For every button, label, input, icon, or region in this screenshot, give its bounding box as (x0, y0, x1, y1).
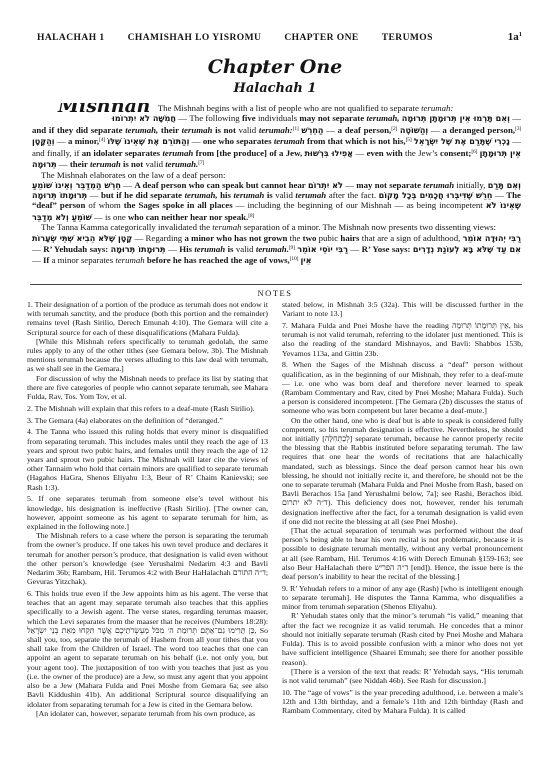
translation-text: A deaf person who can speak but cannot h… (134, 180, 305, 190)
translation-text: — (121, 180, 134, 190)
translation-text: after the fact. (326, 190, 378, 200)
translation-text: terumah (194, 244, 225, 254)
chapter-title: Chapter One (0, 56, 550, 78)
note-paragraph: [While this Mishnah refers specifically … (27, 337, 268, 374)
translation-text: their (70, 159, 90, 169)
note-number: 3. (27, 416, 35, 425)
translation-text: initially, (454, 180, 488, 190)
translation-text: is (264, 190, 275, 200)
translation-text: terumah. (165, 159, 198, 169)
translation-text: — (510, 113, 521, 123)
note-number: 2. (27, 404, 35, 413)
translation-text: is not (212, 125, 238, 135)
note-paragraph: R’ Yehudah states only that the minor’s … (282, 611, 523, 666)
translation-text: the Sages spoke in all places (124, 200, 233, 210)
translation-text: a deaf person, (338, 125, 392, 135)
translation-text: a minor separates (52, 255, 116, 265)
translation-text: terumah (274, 136, 305, 146)
translation-text: — (428, 125, 442, 135)
notes-column-left: 1. Their designation of a portion of the… (27, 300, 268, 740)
note-paragraph: 5. If one separates terumah from someone… (27, 494, 268, 531)
hebrew-phrase: וְהַקָּטָן (32, 136, 55, 146)
mishnah-section: MishnahThe Mishnah begins with a list of… (32, 103, 521, 283)
header-chapter: CHAPTER ONE (284, 33, 358, 43)
footnote-ref: [8] (248, 213, 254, 219)
header-chapter-name: CHAMISHAH LO YISROMU (128, 33, 262, 43)
note-paragraph: [An idolater can, however, separate teru… (27, 709, 268, 718)
translation-text: before he has reached the age of vows, (147, 255, 290, 265)
translation-text: R’ Yehudah says: (43, 244, 108, 254)
translation-text: their (158, 125, 181, 135)
translation-text: terumah (182, 125, 213, 135)
translation-text: The Tanna Kamma categorically invalidate… (41, 222, 212, 232)
footnote-ref: [9] (289, 245, 295, 251)
hebrew-phrase: לֹא יִתְרוֹם (308, 180, 343, 190)
mishnah-label: Mishnah (58, 103, 151, 117)
note-number: 9. (282, 584, 290, 593)
translation-text: valid (145, 159, 165, 169)
translation-text: If (43, 255, 52, 265)
translation-text: — (323, 125, 337, 135)
translation-text: of whom (85, 200, 123, 210)
hebrew-phrase: רַבִּי יְהוּדָה אוֹמֵר (463, 233, 521, 243)
note-paragraph: [That the actual separation of terumah w… (282, 526, 523, 581)
translation-text: consent; (440, 148, 471, 158)
translation-text: The Mishnah elaborates on the law of a d… (41, 170, 225, 180)
hebrew-phrase: אִם עַד שֶׁלֹּא בָּא לְעוֹנַת נְדָרִים (413, 244, 521, 254)
note-paragraph: The Mishnah refers to a case where the p… (27, 531, 268, 586)
hebrew-phrase: וְהַשּׁוֹטֶה (400, 125, 428, 135)
note-number: 8. (282, 360, 293, 369)
note-paragraph: 1. Their designation of a portion of the… (27, 300, 268, 337)
translation-text: His (179, 244, 194, 254)
mishnah-paragraph: חֵרֵשׁ הַמְדַבֵּר וְאֵינוֹ שׁוֹמֵעַ — A … (32, 180, 521, 222)
translation-text: an idolater separates (82, 148, 163, 158)
note-paragraph: On the other hand, one who is deaf but i… (282, 416, 523, 526)
note-paragraph: 8. When the Sages of the Mishnah discuss… (282, 360, 523, 415)
mishnah-paragraph: חֲמִשָּׁה לֹא יִתְרוֹמוּ — The following… (32, 113, 521, 169)
translation-text: is not (121, 159, 146, 169)
translation-text: who can neither hear nor speak. (128, 212, 248, 222)
footnote-ref: [3] (515, 126, 521, 132)
footnote-ref: [7] (198, 160, 204, 166)
notes-section: 1. Their designation of a portion of the… (27, 300, 523, 740)
translation-text: terumah, (125, 125, 158, 135)
mishnah-paragraph: MishnahThe Mishnah begins with a list of… (32, 103, 521, 113)
note-number: 4. (27, 427, 36, 436)
translation-text: — (348, 244, 362, 254)
translation-text: terumah (115, 255, 144, 265)
translation-text: terumah (295, 190, 326, 200)
translation-text: terumah: (421, 103, 453, 113)
hebrew-phrase: אֲפִילוּ בִּרְשׁוּת (305, 148, 354, 158)
hebrew-phrase: נָכְרִי שֶׁתָּרַם אֶת שֶׁל יִשְׂרָאֵל (414, 136, 510, 146)
translation-text: individuals (256, 113, 300, 123)
translation-text: his (218, 190, 234, 200)
translation-text: The Mishnah begins with a list of people… (158, 103, 421, 113)
halachah-title: Halachah 1 (0, 81, 550, 96)
translation-text: terumah: (259, 125, 293, 135)
translation-text: — (343, 180, 356, 190)
book-page: HALACHAH 1 CHAMISHAH LO YISROMU CHAPTER … (0, 0, 550, 769)
notes-column-right: stated below, in Mishnah 3:5 (32a). This… (282, 300, 523, 740)
translation-text: the Jew’s (405, 148, 440, 158)
header-tractate: TERUMOS (382, 33, 433, 43)
note-number: 5. (27, 494, 38, 503)
note-paragraph: 4. The Tanna who issued this ruling hold… (27, 427, 268, 491)
translation-text: valid (236, 244, 256, 254)
translation-text: terumah. (256, 244, 289, 254)
translation-text: pubic (316, 233, 340, 243)
translation-text: a deranged person, (442, 125, 515, 135)
translation-text: terumah, (185, 190, 218, 200)
translation-text: — (32, 255, 43, 265)
translation-text: — including the beginning of our Mishnah… (233, 200, 486, 210)
footnote-ref: [1] (293, 126, 299, 132)
translation-text: may not separate (356, 180, 423, 190)
hebrew-phrase: רַבִּי יוֹסֵי אוֹמֵר (297, 244, 348, 254)
translation-text: hairs (340, 233, 359, 243)
translation-text: two (303, 233, 317, 243)
hebrew-phrase: תְּרוּמָתוֹ תְּרוּמָה (111, 244, 166, 254)
translation-text: — Regarding (132, 233, 184, 243)
translation-text: — (55, 136, 68, 146)
running-header: HALACHAH 1 CHAMISHAH LO YISROMU CHAPTER … (37, 31, 522, 43)
hebrew-phrase: חֵרֵשׁ הַמְדַבֵּר וְאֵינוֹ שׁוֹמֵעַ (32, 180, 121, 190)
translation-text: even with (367, 148, 405, 158)
header-halachah: HALACHAH 1 (37, 33, 105, 43)
hebrew-phrase: וְהַתּוֹרֵם אֶת שֶׁאֵינוֹ שֶׁלּוֹ (107, 136, 189, 146)
translation-text: — (492, 190, 506, 200)
translation-text: terumah (90, 159, 121, 169)
notes-divider-rule (30, 284, 522, 285)
mishnah-paragraph: The Tanna Kamma categorically invalidate… (32, 222, 521, 232)
note-paragraph: 6. This holds true even if the Jew appoi… (27, 589, 268, 709)
note-paragraph: [There is a version of the text that rea… (282, 667, 523, 685)
translation-text: terumah (423, 180, 454, 190)
translation-text: but if he did separate (101, 190, 185, 200)
mishnah-paragraph: קָטָן שֶׁלֹּא הֵבִיא שְׁתֵּי שְׂעָרוֹת —… (32, 233, 521, 266)
translation-text: a minor, (68, 136, 99, 146)
translation-text: five (242, 113, 256, 123)
note-paragraph: 9. R’ Yehudah refers to a minor of any a… (282, 584, 523, 612)
translation-text: — (87, 190, 101, 200)
note-number: 10. (282, 688, 294, 697)
translation-text: a minor who has not grown (184, 233, 287, 243)
footnote-ref: [10] (290, 256, 299, 262)
note-paragraph: 3. The Gemara (4a) elaborates on the def… (27, 416, 268, 425)
translation-text: separation of a minor. The Mishnah now p… (242, 222, 496, 232)
translation-text: that are a sign of adulthood, (360, 233, 463, 243)
translation-text: is (225, 244, 236, 254)
translation-text: valid (275, 190, 295, 200)
translation-text: — (353, 148, 367, 158)
translation-text: — (166, 244, 180, 254)
translation-text: terumah, (366, 113, 399, 123)
hebrew-phrase: חֵרֵשׁ שֶׁדִּיבְּרוּ חֲכָמִים בְּכָל מָק… (379, 190, 493, 200)
translation-text: — The following (176, 113, 242, 123)
page-number: 1a1 (508, 31, 522, 43)
hebrew-phrase: קָטָן שֶׁלֹּא הֵבִיא שְׁתֵּי שְׂעָרוֹת (32, 233, 132, 243)
translation-text: valid (239, 125, 259, 135)
translation-text: — is one (92, 212, 128, 222)
note-paragraph: 2. The Mishnah will explain that this re… (27, 404, 268, 413)
note-paragraph: stated below, in Mishnah 3:5 (32a). This… (282, 300, 523, 318)
note-paragraph: 7. Mahara Fulda and Pnei Moshe have the … (282, 321, 523, 358)
translation-text: — (189, 136, 202, 146)
hebrew-phrase: הַחֵרֵשׁ (301, 125, 323, 135)
mishnah-paragraph: The Mishnah elaborates on the law of a d… (32, 170, 521, 180)
translation-text: one who separates (203, 136, 274, 146)
hebrew-phrase: וְאִם תָּרְמוּ אֵין תְּרוּמָתָן תְּרוּמָ… (402, 113, 510, 123)
translation-text: from [the produce] of a Jew, (193, 148, 302, 158)
note-paragraph: For discussion of why the Mishnah needs … (27, 374, 268, 402)
translation-text: the (287, 233, 302, 243)
note-number: 1. (27, 300, 35, 309)
notes-heading: NOTES (0, 288, 550, 298)
note-number: 7. (282, 321, 291, 330)
note-number: 6. (27, 589, 35, 598)
footnote-ref: [5] (406, 137, 412, 143)
translation-text: terumah (212, 222, 241, 232)
translation-text: and if they did separate (32, 125, 125, 135)
translation-text: terumah (233, 190, 264, 200)
translation-text: may not separate (299, 113, 366, 123)
hebrew-phrase: אֵין (300, 255, 311, 265)
translation-text: — (32, 244, 43, 254)
page-number-text: 1a (508, 31, 519, 43)
translation-text: terumah (162, 148, 193, 158)
page-number-superscript: 1 (519, 31, 522, 38)
translation-text: R’ Yose says: (362, 244, 411, 254)
translation-text: — (57, 159, 70, 169)
translation-text: from that which is not his, (305, 136, 406, 146)
note-paragraph: 10. The “age of vows” is the year preced… (282, 688, 523, 716)
